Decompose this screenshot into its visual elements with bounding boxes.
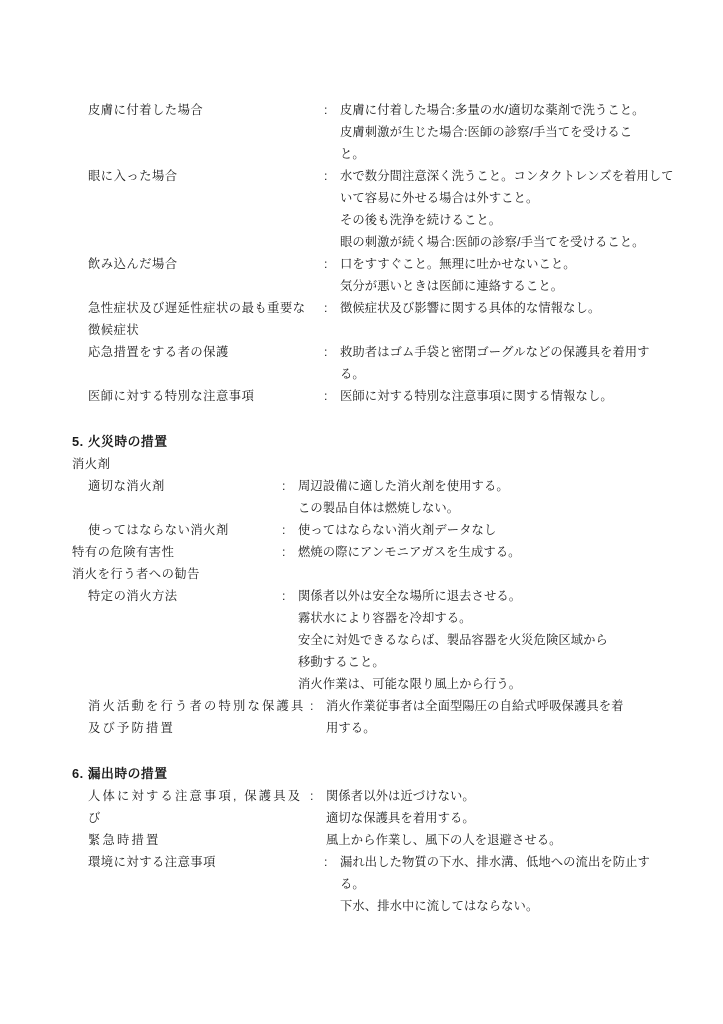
field-label: 飲み込んだ場合 (72, 253, 324, 275)
section-first-aid-measures: 皮膚に付着した場合 : 皮膚に付着した場合:多量の水/適切な薬剤で洗うこと。 皮… (72, 99, 693, 407)
colon-separator: : (282, 519, 298, 541)
section-heading-fire-fighting: 5. 火災時の措置 (72, 431, 693, 453)
subheading-extinguishing-media: 消火剤 (72, 453, 693, 475)
field-label: 特定の消火方法 (72, 585, 282, 607)
field-label: 特有の危険有害性 (72, 541, 282, 563)
row-protection-of-first-aiders: 応急措置をする者の保護 : 救助者はゴム手袋と密閉ゴーグルなどの保護具を着用す … (72, 341, 693, 385)
field-value: 関係者以外は近づけない。 適切な保護具を着用する。 風上から作業し、風下の人を退… (326, 785, 666, 851)
row-specific-hazards: 特有の危険有害性 : 燃焼の際にアンモニアガスを生成する。 (72, 541, 693, 563)
field-value: 徴候症状及び影響に関する具体的な情報なし。 (340, 297, 680, 319)
colon-separator: : (282, 475, 298, 497)
field-value: 救助者はゴム手袋と密閉ゴーグルなどの保護具を着用す る。 (340, 341, 680, 385)
field-label: 使ってはならない消火剤 (72, 519, 282, 541)
field-value: 漏れ出した物質の下水、排水溝、低地への流出を防止す る。 下水、排水中に流しては… (340, 851, 680, 917)
colon-separator: : (324, 165, 340, 187)
colon-separator: : (310, 785, 326, 807)
row-unsuitable-extinguishing-media: 使ってはならない消火剤 : 使ってはならない消火剤データなし (72, 519, 693, 541)
subheading-advice-for-firefighters: 消火を行う者への勧告 (72, 563, 693, 585)
colon-separator: : (324, 341, 340, 363)
field-value: 医師に対する特別な注意事項に関する情報なし。 (340, 385, 680, 407)
row-firefighter-protective-equipment: 消火活動を行う者の特別な保護具 及び予防措置 : 消火作業従事者は全面型陽圧の自… (72, 695, 693, 739)
row-environmental-precautions: 環境に対する注意事項 : 漏れ出した物質の下水、排水溝、低地への流出を防止す る… (72, 851, 693, 917)
colon-separator: : (324, 385, 340, 407)
row-ingestion: 飲み込んだ場合 : 口をすすぐこと。無理に吐かせないこと。 気分が悪いときは医師… (72, 253, 693, 297)
field-value: 消火作業従事者は全面型陽圧の自給式呼吸保護具を着 用する。 (326, 695, 666, 739)
colon-separator: : (324, 297, 340, 319)
row-acute-delayed-symptoms: 急性症状及び遅延性症状の最も重要な 徴候症状 : 徴候症状及び影響に関する具体的… (72, 297, 693, 341)
row-eye-contact: 眼に入った場合 : 水で数分間注意深く洗うこと。コンタクトレンズを着用して いて… (72, 165, 693, 253)
row-suitable-extinguishing-media: 適切な消火剤 : 周辺設備に適した消火剤を使用する。 この製品自体は燃焼しない。 (72, 475, 693, 519)
field-label: 適切な消火剤 (72, 475, 282, 497)
field-label: 消火活動を行う者の特別な保護具 及び予防措置 (72, 695, 310, 739)
field-value: 周辺設備に適した消火剤を使用する。 この製品自体は燃焼しない。 (298, 475, 638, 519)
field-label: 医師に対する特別な注意事項 (72, 385, 324, 407)
field-value: 使ってはならない消火剤データなし (298, 519, 638, 541)
colon-separator: : (282, 585, 298, 607)
field-value: 水で数分間注意深く洗うこと。コンタクトレンズを着用して いて容易に外せる場合は外… (340, 165, 680, 253)
field-value: 関係者以外は安全な場所に退去させる。 霧状水により容器を冷却する。 安全に対処で… (298, 585, 638, 695)
sds-document-page: 皮膚に付着した場合 : 皮膚に付着した場合:多量の水/適切な薬剤で洗うこと。 皮… (0, 0, 723, 1024)
colon-separator: : (324, 99, 340, 121)
section-fire-fighting-measures: 5. 火災時の措置 消火剤 適切な消火剤 : 周辺設備に適した消火剤を使用する。… (72, 431, 693, 739)
colon-separator: : (282, 541, 298, 563)
field-label: 急性症状及び遅延性症状の最も重要な 徴候症状 (72, 297, 324, 341)
section-heading-accidental-release: 6. 漏出時の措置 (72, 763, 693, 785)
row-specific-extinguishing-methods: 特定の消火方法 : 関係者以外は安全な場所に退去させる。 霧状水により容器を冷却… (72, 585, 693, 695)
row-skin-contact: 皮膚に付着した場合 : 皮膚に付着した場合:多量の水/適切な薬剤で洗うこと。 皮… (72, 99, 693, 165)
field-label: 環境に対する注意事項 (72, 851, 324, 873)
field-value: 燃焼の際にアンモニアガスを生成する。 (298, 541, 638, 563)
row-personal-precautions: 人体に対する注意事項, 保護具及び 緊急時措置 : 関係者以外は近づけない。 適… (72, 785, 693, 851)
field-label: 眼に入った場合 (72, 165, 324, 187)
field-value: 皮膚に付着した場合:多量の水/適切な薬剤で洗うこと。 皮膚刺激が生じた場合:医師… (340, 99, 680, 165)
section-accidental-release-measures: 6. 漏出時の措置 人体に対する注意事項, 保護具及び 緊急時措置 : 関係者以… (72, 763, 693, 917)
row-notes-to-physician: 医師に対する特別な注意事項 : 医師に対する特別な注意事項に関する情報なし。 (72, 385, 693, 407)
field-value: 口をすすぐこと。無理に吐かせないこと。 気分が悪いときは医師に連絡すること。 (340, 253, 680, 297)
colon-separator: : (324, 253, 340, 275)
field-label: 人体に対する注意事項, 保護具及び 緊急時措置 (72, 785, 310, 851)
field-label: 応急措置をする者の保護 (72, 341, 324, 363)
colon-separator: : (310, 695, 326, 717)
field-label: 皮膚に付着した場合 (72, 99, 324, 121)
colon-separator: : (324, 851, 340, 873)
